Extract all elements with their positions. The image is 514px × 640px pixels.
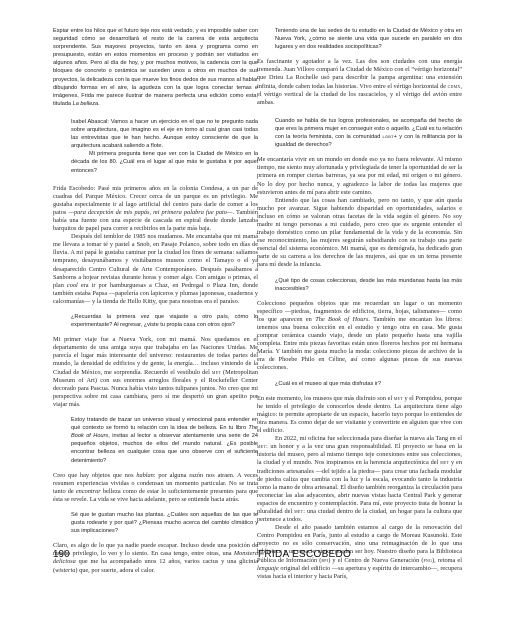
answer-1-paragraph-1: Frida Escobedo: Pasé mis primeros años e…: [53, 185, 258, 234]
question-7: ¿Qué tipo de cosas coleccionas, desde la…: [275, 277, 462, 293]
answer-1-paragraph-2: Después del temblor de 1985 nos mudamos.…: [53, 233, 258, 306]
question-1: Isabel Abascal: Vamos a hacer un ejercic…: [71, 118, 258, 175]
answer-3: Creo que hay objetos que nos hablan: por…: [53, 472, 258, 504]
answer-6-paragraph-2: Entiendo que las cosas han cambiado, per…: [257, 197, 462, 270]
answer-6-paragraph-1: Me encantaría vivir en un mundo en donde…: [257, 156, 462, 196]
question-6: Cuando se habla de tus logros profesiona…: [275, 117, 462, 149]
question-4: Sé que te gustan mucho las plantas. ¿Cuá…: [71, 511, 258, 535]
intro-paragraph: Espiar entre los hilos que el futuro tej…: [53, 27, 258, 108]
question-3: Estoy tratando de trazar un universo vis…: [71, 416, 258, 465]
page-number: 190: [53, 549, 70, 560]
right-column: Teniendo una de las sedes de tu estudio …: [257, 27, 462, 581]
question-5: Teniendo una de las sedes de tu estudio …: [275, 27, 462, 51]
answer-8-paragraph-2: En 2022, mi oficina fue seleccionada par…: [257, 435, 462, 524]
answer-8-paragraph-1: En este momento, los museos que más disf…: [257, 395, 462, 435]
answer-2: Mi primer viaje fue a Nueva York, con mi…: [53, 336, 258, 409]
answer-7: Colecciono pequeños objetos que me recue…: [257, 300, 462, 373]
answer-5: Es fascinante y agotador a la vez. Las d…: [257, 58, 462, 107]
question-8: ¿Cuál es el museo al que más disfrutas i…: [275, 380, 462, 388]
left-column: Espiar entre los hilos que el futuro tej…: [53, 27, 258, 575]
question-2: ¿Recuerdas la primera vez que viajaste a…: [71, 313, 258, 329]
page-footer: 190 FRIDA ESCOBEDO: [53, 549, 462, 563]
running-head: FRIDA ESCOBEDO: [258, 549, 351, 560]
